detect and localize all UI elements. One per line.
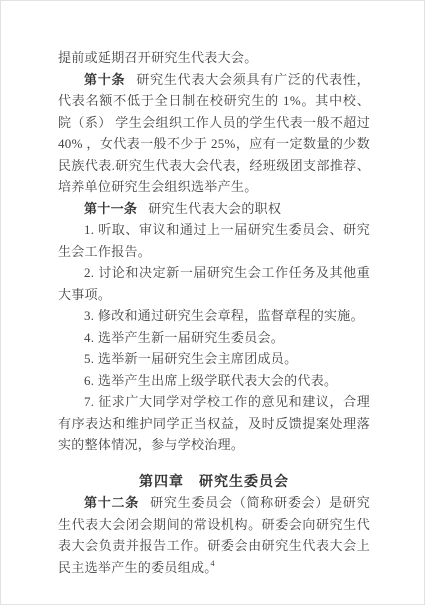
- document-body: 提前或延期召开研究生代表大会。 第十条研究生代表大会须具有广泛的代表性，代表名额…: [58, 47, 370, 578]
- list-item-3: 3. 修改和通过研究生会章程，监督章程的实施。: [58, 305, 370, 327]
- article-10: 第十条研究生代表大会须具有广泛的代表性，代表名额不低于全日制在校研究生的 1%。…: [58, 69, 370, 198]
- chapter-4-heading: 第四章 研究生委员会: [58, 471, 370, 493]
- article-11-number: 第十一条: [84, 201, 137, 216]
- list-item-6: 6. 选举产生出席上级学联代表大会的代表。: [58, 370, 370, 392]
- article-11-text: 研究生代表大会的职权: [148, 201, 281, 216]
- article-10-number: 第十条: [84, 72, 125, 87]
- document-page: 提前或延期召开研究生代表大会。 第十条研究生代表大会须具有广泛的代表性，代表名额…: [0, 0, 425, 605]
- article-11: 第十一条研究生代表大会的职权: [58, 198, 370, 220]
- list-item-5: 5. 选举新一届研究生会主席团成员。: [58, 348, 370, 370]
- page-number: 4: [1, 559, 424, 568]
- list-item-1: 1. 听取、审议和通过上一届研究生委员会、研究生会工作报告。: [58, 219, 370, 262]
- list-item-2: 2. 讨论和决定新一届研究生会工作任务及其他重大事项。: [58, 262, 370, 305]
- list-item-4: 4. 选举产生新一届研究生委员会。: [58, 327, 370, 349]
- article-10-text: 研究生代表大会须具有广泛的代表性，代表名额不低于全日制在校研究生的 1%。其中校…: [58, 72, 370, 195]
- paragraph-continuation: 提前或延期召开研究生代表大会。: [58, 47, 370, 69]
- list-item-7: 7. 征求广大同学对学校工作的意见和建议，合理有序表达和维护同学正当权益，及时反…: [58, 391, 370, 456]
- article-12-number: 第十二条: [84, 495, 139, 510]
